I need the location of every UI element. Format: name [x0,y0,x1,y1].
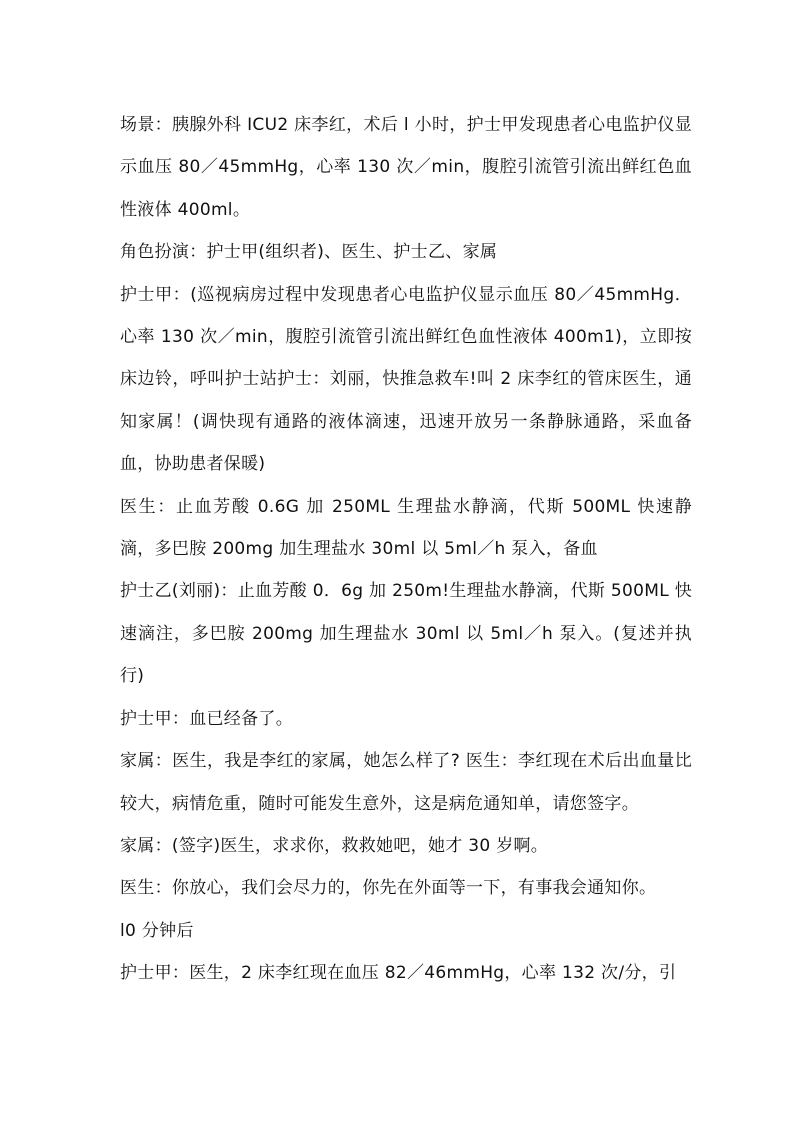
paragraph-text: 血已经备了。 [189,709,293,729]
speaker-label: 护士甲： [120,285,190,305]
document-page: 场景：胰腺外科 ICU2 床李红，术后 l 小时，护士甲发现患者心电监护仪显示血… [120,104,692,995]
speaker-label: 角色扮演： [120,242,207,262]
paragraph-text: l0 分钟后 [120,921,194,941]
paragraph-text: (巡视病房过程中发现患者心电监护仪显示血压 80／45mmHg．心率 130 次… [120,285,692,475]
speaker-label: 家属： [120,751,172,771]
paragraph-text: 你放心，我们会尽力的，你先在外面等一下，有事我会通知你。 [172,878,656,898]
speaker-label: 医生： [120,497,176,517]
paragraph-text: 护士甲(组织者)、医生、护士乙、家属 [207,242,498,262]
dialogue-paragraph: 医生：止血芳酸 0.6G 加 250ML 生理盐水静滴，代斯 500ML 快速静… [120,486,692,571]
time-marker-paragraph: l0 分钟后 [120,910,692,952]
paragraph-text: 医生，2 床李红现在血压 82／46mmHg，心率 132 次/分，引 [189,963,676,983]
speaker-label: 医生： [120,878,172,898]
paragraph-text: 胰腺外科 ICU2 床李红，术后 l 小时，护士甲发现患者心电监护仪显示血压 8… [120,115,692,220]
dialogue-paragraph: 护士甲：血已经备了。 [120,698,692,740]
dialogue-paragraph: 护士甲：医生，2 床李红现在血压 82／46mmHg，心率 132 次/分，引 [120,952,692,994]
scene-paragraph: 场景：胰腺外科 ICU2 床李红，术后 l 小时，护士甲发现患者心电监护仪显示血… [120,104,692,231]
speaker-label: 护士甲： [120,709,189,729]
speaker-label: 护士乙(刘丽)： [120,581,238,601]
dialogue-paragraph: 护士乙(刘丽)：止血芳酸 0．6g 加 250m!生理盐水静滴，代斯 500ML… [120,570,692,697]
speaker-label: 护士甲： [120,963,189,983]
paragraph-text: 医生，我是李红的家属，她怎么样了? 医生：李红现在术后出血量比较大，病情危重，随… [120,751,692,813]
paragraph-text: 止血芳酸 0.6G 加 250ML 生理盐水静滴，代斯 500ML 快速静滴，多… [120,497,692,559]
roles-paragraph: 角色扮演：护士甲(组织者)、医生、护士乙、家属 [120,231,692,273]
dialogue-paragraph: 家属：(签字)医生，求求你，救救她吧，她才 30 岁啊。 [120,825,692,867]
speaker-label: 家属： [120,836,172,856]
dialogue-paragraph: 护士甲：(巡视病房过程中发现患者心电监护仪显示血压 80／45mmHg．心率 1… [120,274,692,486]
dialogue-paragraph: 家属：医生，我是李红的家属，她怎么样了? 医生：李红现在术后出血量比较大，病情危… [120,740,692,825]
speaker-label: 场景： [120,115,172,135]
paragraph-text: (签字)医生，求求你，救救她吧，她才 30 岁啊。 [172,836,548,856]
dialogue-paragraph: 医生：你放心，我们会尽力的，你先在外面等一下，有事我会通知你。 [120,867,692,909]
